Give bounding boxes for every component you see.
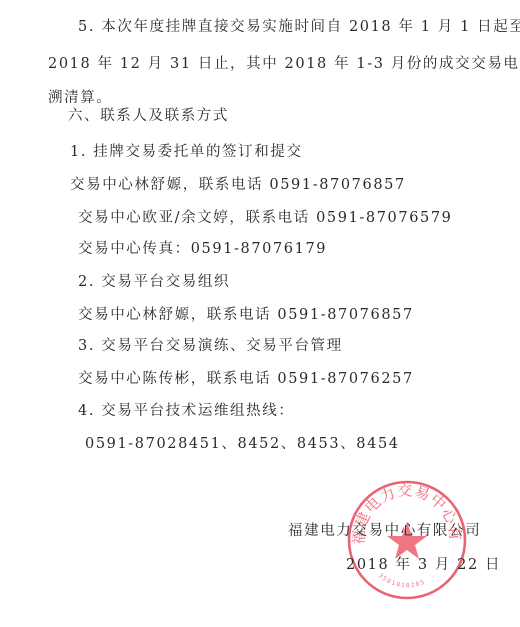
item-4-title: 4. 交易平台技术运维组热线： [78,402,294,420]
item-3-contact-1: 交易中心陈传彬，联系电话 0591-87076257 [78,370,414,388]
paragraph-5-line-2: 2018 年 12 月 31 日止，其中 2018 年 1-3 月份的成交交易电… [48,55,520,73]
item-1-contact-1: 交易中心林舒嫄，联系电话 0591-87076857 [70,176,406,194]
item-2-title: 2. 交易平台交易组织 [78,273,230,291]
item-2-contact-1: 交易中心林舒嫄，联系电话 0591-87076857 [78,306,414,324]
item-1-title: 1. 挂牌交易委托单的签订和提交 [70,143,303,161]
item-1-contact-2: 交易中心欧亚/余文婷，联系电话 0591-87076579 [78,209,453,227]
signature-date: 2018 年 3 月 22 日 [346,556,501,574]
paragraph-5-line-1: 5. 本次年度挂牌直接交易实施时间自 2018 年 1 月 1 日起至 [78,18,520,36]
svg-text:3501020205: 3501020205 [377,572,427,589]
paragraph-5-line-3: 溯清算。 [48,89,112,107]
official-seal-stamp: 福建电力交易中心有限公司 3501020205 [345,478,469,602]
item-4-contact-1: 0591-87028451、8452、8453、8454 [85,435,400,453]
signature-company: 福建电力交易中心有限公司 [288,522,481,540]
item-3-title: 3. 交易平台交易演练、交易平台管理 [78,337,343,355]
item-1-contact-3: 交易中心传真：0591-87076179 [78,240,327,258]
section-6-heading: 六、联系人及联系方式 [68,107,229,125]
